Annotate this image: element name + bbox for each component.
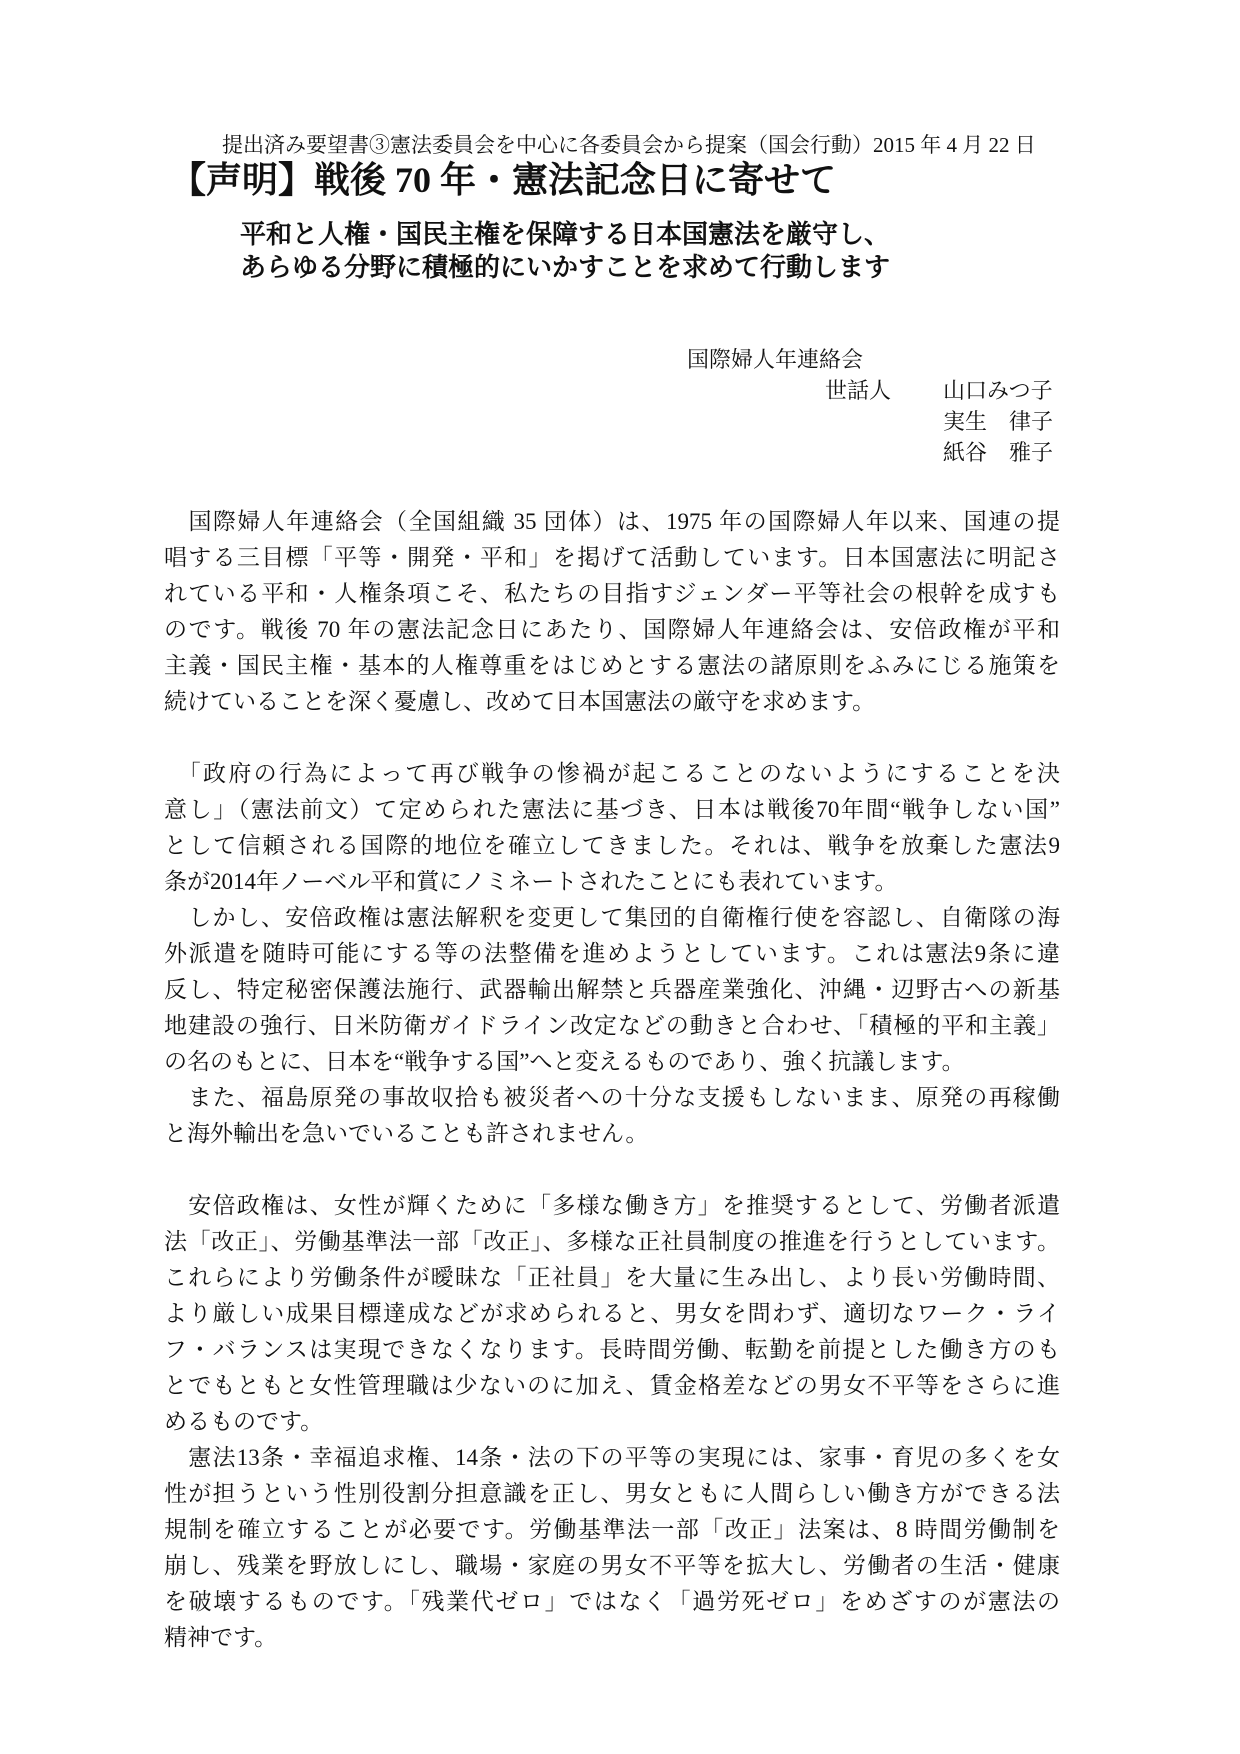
caretaker-row: 紙谷 雅子 xyxy=(164,437,1060,468)
role-label: 世話人 xyxy=(825,378,891,403)
paragraph: しかし、安倍政権は憲法解釈を変更して集団的自衛権行使を容認し、自衛隊の海外派遣を… xyxy=(164,900,1060,1080)
subtitle: 平和と人権・国民主権を保障する日本国憲法を厳守し、 あらゆる分野に積極的にいかす… xyxy=(164,218,1060,284)
paragraph: 国際婦人年連絡会（全国組織 35 団体）は、1975 年の国際婦人年以来、国連の… xyxy=(164,504,1060,720)
caretaker-row: 実生 律子 xyxy=(164,406,1060,437)
text-line: とでもともと女性管理職は少ないのに加え、賃金格差などの男女不平等をさらに進 xyxy=(164,1368,1060,1404)
text-line: 崩し、残業を野放しにし、職場・家庭の男女不平等を拡大し、労働者の生活・健康 xyxy=(164,1548,1060,1584)
document-body: 国際婦人年連絡会（全国組織 35 団体）は、1975 年の国際婦人年以来、国連の… xyxy=(164,504,1060,1656)
text-line: 規制を確立することが必要です。労働基準法一部「改正」法案は、8 時間労働制を xyxy=(164,1512,1060,1548)
text-line: めるものです。 xyxy=(164,1404,1060,1440)
subtitle-line-1: 平和と人権・国民主権を保障する日本国憲法を厳守し、 xyxy=(240,218,1060,251)
text-line: 意し」（憲法前文）て定められた憲法に基づき、日本は戦後70年間“戦争しない国” xyxy=(164,792,1060,828)
text-line: として信頼される国際的地位を確立してきました。それは、戦争を放棄した憲法9 xyxy=(164,828,1060,864)
body-section: 安倍政権は、女性が輝くために「多様な働き方」を推奨するとして、労働者派遣法「改正… xyxy=(164,1188,1060,1656)
text-line: 主義・国民主権・基本的人権尊重をはじめとする憲法の諸原則をふみにじる施策を xyxy=(164,648,1060,684)
text-line: 地建設の強行、日米防衛ガイドライン改定などの動きと合わせ、「積極的平和主義」 xyxy=(164,1008,1060,1044)
caretaker-row: 世話人山口みつ子 xyxy=(164,375,1060,406)
text-line: を破壊するものです。「残業代ゼロ」ではなく「過労死ゼロ」をめざすのが憲法の xyxy=(164,1584,1060,1620)
person-name-2: 実生 律子 xyxy=(943,409,1053,434)
text-line: 反し、特定秘密保護法施行、武器輸出解禁と兵器産業強化、沖縄・辺野古への新基 xyxy=(164,972,1060,1008)
text-line: しかし、安倍政権は憲法解釈を変更して集団的自衛権行使を容認し、自衛隊の海 xyxy=(164,900,1060,936)
text-line: 条が2014年ノーベル平和賞にノミネートされたことにも表れています。 xyxy=(164,864,1060,900)
text-line: 唱する三目標「平等・開発・平和」を掲げて活動しています。日本国憲法に明記さ xyxy=(164,540,1060,576)
text-line: 精神です。 xyxy=(164,1620,1060,1656)
text-line: 安倍政権は、女性が輝くために「多様な働き方」を推奨するとして、労働者派遣 xyxy=(164,1188,1060,1224)
text-line: 国際婦人年連絡会（全国組織 35 団体）は、1975 年の国際婦人年以来、国連の… xyxy=(164,504,1060,540)
person-name-1: 山口みつ子 xyxy=(943,378,1053,403)
text-line: の名のもとに、日本を“戦争する国”へと変えるものであり、強く抗議します。 xyxy=(164,1044,1060,1080)
header-note: 提出済み要望書③憲法委員会を中心に各委員会から提案（国会行動）2015 年 4 … xyxy=(164,132,1060,158)
document-page: 提出済み要望書③憲法委員会を中心に各委員会から提案（国会行動）2015 年 4 … xyxy=(0,0,1240,1754)
text-line: 「政府の行為によって再び戦争の惨禍が起こることのないようにすることを決 xyxy=(164,756,1060,792)
paragraph: また、福島原発の事故収拾も被災者への十分な支援もしないまま、原発の再稼働と海外輸… xyxy=(164,1080,1060,1152)
text-line: フ・バランスは実現できなくなります。長時間労働、転勤を前提とした働き方のも xyxy=(164,1332,1060,1368)
text-line: 法「改正」、労働基準法一部「改正」、多様な正社員制度の推進を行うとしています。 xyxy=(164,1224,1060,1260)
page-title: 【声明】戦後 70 年・憲法記念日に寄せて xyxy=(164,158,1060,202)
text-line: れている平和・人権条項こそ、私たちの目指すジェンダー平等社会の根幹を成すも xyxy=(164,576,1060,612)
text-line: 憲法13条・幸福追求権、14条・法の下の平等の実現には、家事・育児の多くを女 xyxy=(164,1440,1060,1476)
body-section: 国際婦人年連絡会（全国組織 35 団体）は、1975 年の国際婦人年以来、国連の… xyxy=(164,504,1060,720)
person-name-3: 紙谷 雅子 xyxy=(943,440,1053,465)
text-line: 性が担うという性別役割分担意識を正し、男女ともに人間らしい働き方ができる法 xyxy=(164,1476,1060,1512)
paragraph: 憲法13条・幸福追求権、14条・法の下の平等の実現には、家事・育児の多くを女性が… xyxy=(164,1440,1060,1656)
text-line: のです。戦後 70 年の憲法記念日にあたり、国際婦人年連絡会は、安倍政権が平和 xyxy=(164,612,1060,648)
attribution-block: 国際婦人年連絡会 世話人山口みつ子 実生 律子 紙谷 雅子 xyxy=(164,344,1060,468)
body-section: 「政府の行為によって再び戦争の惨禍が起こることのないようにすることを決意し」（憲… xyxy=(164,756,1060,1152)
paragraph: 「政府の行為によって再び戦争の惨禍が起こることのないようにすることを決意し」（憲… xyxy=(164,756,1060,900)
text-line: 続けていることを深く憂慮し、改めて日本国憲法の厳守を求めます。 xyxy=(164,684,1060,720)
text-line: と海外輸出を急いでいることも許されません。 xyxy=(164,1116,1060,1152)
text-line: また、福島原発の事故収拾も被災者への十分な支援もしないまま、原発の再稼働 xyxy=(164,1080,1060,1116)
text-line: 外派遣を随時可能にする等の法整備を進めようとしています。これは憲法9条に違 xyxy=(164,936,1060,972)
subtitle-line-2: あらゆる分野に積極的にいかすことを求めて行動します xyxy=(240,251,1060,284)
organization-name: 国際婦人年連絡会 xyxy=(164,344,1060,375)
text-line: これらにより労働条件が曖昧な「正社員」を大量に生み出し、より長い労働時間、 xyxy=(164,1260,1060,1296)
text-line: より厳しい成果目標達成などが求められると、男女を問わず、適切なワーク・ライ xyxy=(164,1296,1060,1332)
paragraph: 安倍政権は、女性が輝くために「多様な働き方」を推奨するとして、労働者派遣法「改正… xyxy=(164,1188,1060,1440)
